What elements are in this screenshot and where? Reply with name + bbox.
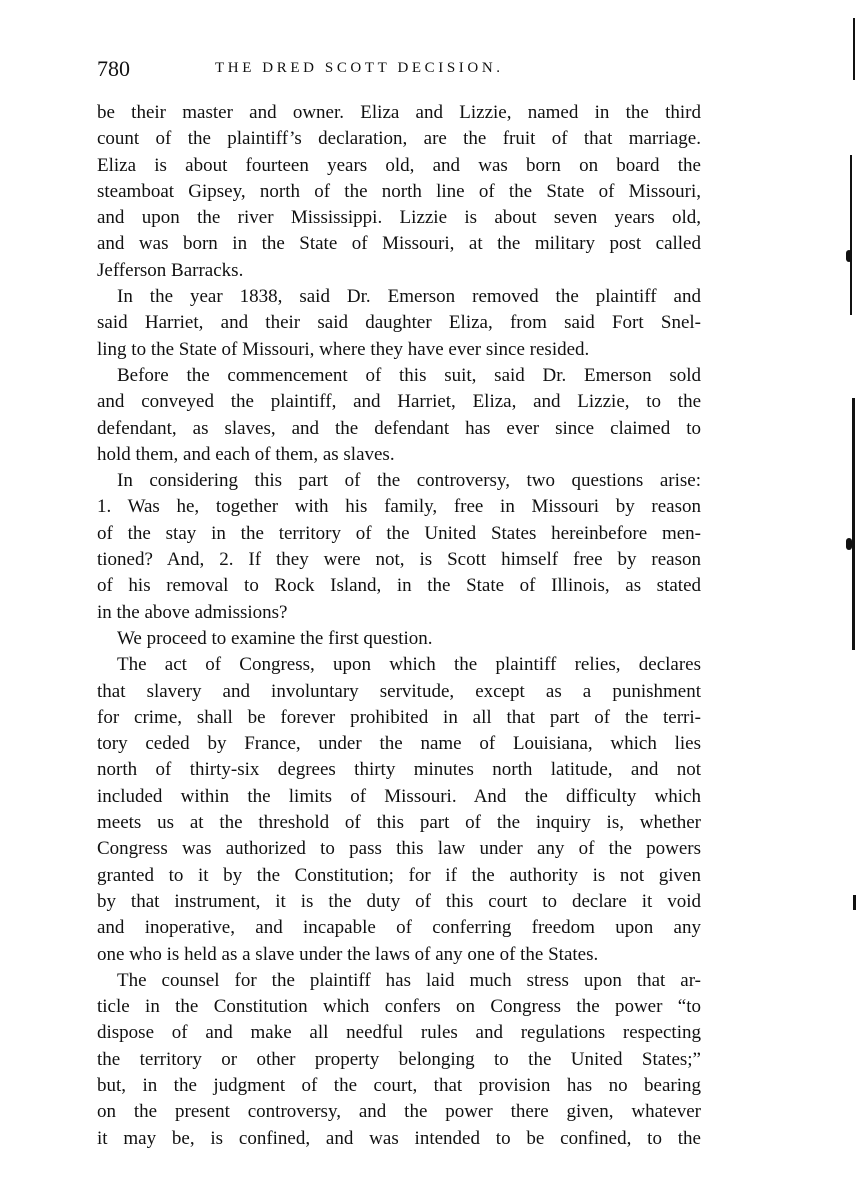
page-header: 780 THE DRED SCOTT DECISION. bbox=[97, 56, 701, 86]
text-line: north of thirty-six degrees thirty minut… bbox=[97, 757, 701, 783]
text-line: defendant, as slaves, and the defendant … bbox=[97, 416, 701, 442]
text-line: The act of Congress, upon which the plai… bbox=[97, 652, 701, 678]
text-line: be their master and owner. Eliza and Liz… bbox=[97, 100, 701, 126]
text-line: and conveyed the plaintiff, and Harriet,… bbox=[97, 389, 701, 415]
text-line: Congress was authorized to pass this law… bbox=[97, 836, 701, 862]
scan-edge-mark bbox=[850, 155, 852, 315]
text-line: Jefferson Barracks. bbox=[97, 258, 701, 284]
text-line: it may be, is confined, and was intended… bbox=[97, 1126, 701, 1152]
text-line: meets us at the threshold of this part o… bbox=[97, 810, 701, 836]
text-line: for crime, shall be forever prohibited i… bbox=[97, 705, 701, 731]
scan-edge-mark bbox=[852, 398, 855, 650]
body-text: be their master and owner. Eliza and Liz… bbox=[97, 100, 701, 1152]
text-line: steamboat Gipsey, north of the north lin… bbox=[97, 179, 701, 205]
text-line: hold them, and each of them, as slaves. bbox=[97, 442, 701, 468]
text-line: on the present controversy, and the powe… bbox=[97, 1099, 701, 1125]
text-line: ticle in the Constitution which confers … bbox=[97, 994, 701, 1020]
text-line: The counsel for the plaintiff has laid m… bbox=[97, 968, 701, 994]
running-title: THE DRED SCOTT DECISION. bbox=[215, 60, 504, 77]
text-line: dispose of and make all needful rules an… bbox=[97, 1020, 701, 1046]
text-line: the territory or other property belongin… bbox=[97, 1047, 701, 1073]
scan-edge-mark bbox=[846, 250, 852, 262]
text-line: ling to the State of Missouri, where the… bbox=[97, 337, 701, 363]
text-line: granted to it by the Constitution; for i… bbox=[97, 863, 701, 889]
text-line: and inoperative, and incapable of confer… bbox=[97, 915, 701, 941]
text-line: and was born in the State of Missouri, a… bbox=[97, 231, 701, 257]
text-line: We proceed to examine the first question… bbox=[97, 626, 701, 652]
scan-edge-mark bbox=[846, 538, 852, 550]
page-number: 780 bbox=[97, 56, 130, 82]
text-line: of his removal to Rock Island, in the St… bbox=[97, 573, 701, 599]
text-line: said Harriet, and their said daughter El… bbox=[97, 310, 701, 336]
text-line: In the year 1838, said Dr. Emerson remov… bbox=[97, 284, 701, 310]
text-line: Eliza is about fourteen years old, and w… bbox=[97, 153, 701, 179]
text-line: Before the commencement of this suit, sa… bbox=[97, 363, 701, 389]
text-line: included within the limits of Missouri. … bbox=[97, 784, 701, 810]
text-line: tioned? And, 2. If they were not, is Sco… bbox=[97, 547, 701, 573]
text-line: that slavery and involuntary servitude, … bbox=[97, 679, 701, 705]
text-line: and upon the river Mississippi. Lizzie i… bbox=[97, 205, 701, 231]
text-line: tory ceded by France, under the name of … bbox=[97, 731, 701, 757]
text-line: in the above admissions? bbox=[97, 600, 701, 626]
text-line: 1. Was he, together with his family, fre… bbox=[97, 494, 701, 520]
document-page: 780 THE DRED SCOTT DECISION. be their ma… bbox=[0, 0, 857, 1200]
text-line: one who is held as a slave under the law… bbox=[97, 942, 701, 968]
text-line: but, in the judgment of the court, that … bbox=[97, 1073, 701, 1099]
text-line: by that instrument, it is the duty of th… bbox=[97, 889, 701, 915]
scan-edge-mark bbox=[853, 895, 856, 910]
text-line: of the stay in the territory of the Unit… bbox=[97, 521, 701, 547]
text-line: In considering this part of the controve… bbox=[97, 468, 701, 494]
scan-edge-mark bbox=[853, 18, 855, 80]
text-line: count of the plaintiff’s declaration, ar… bbox=[97, 126, 701, 152]
